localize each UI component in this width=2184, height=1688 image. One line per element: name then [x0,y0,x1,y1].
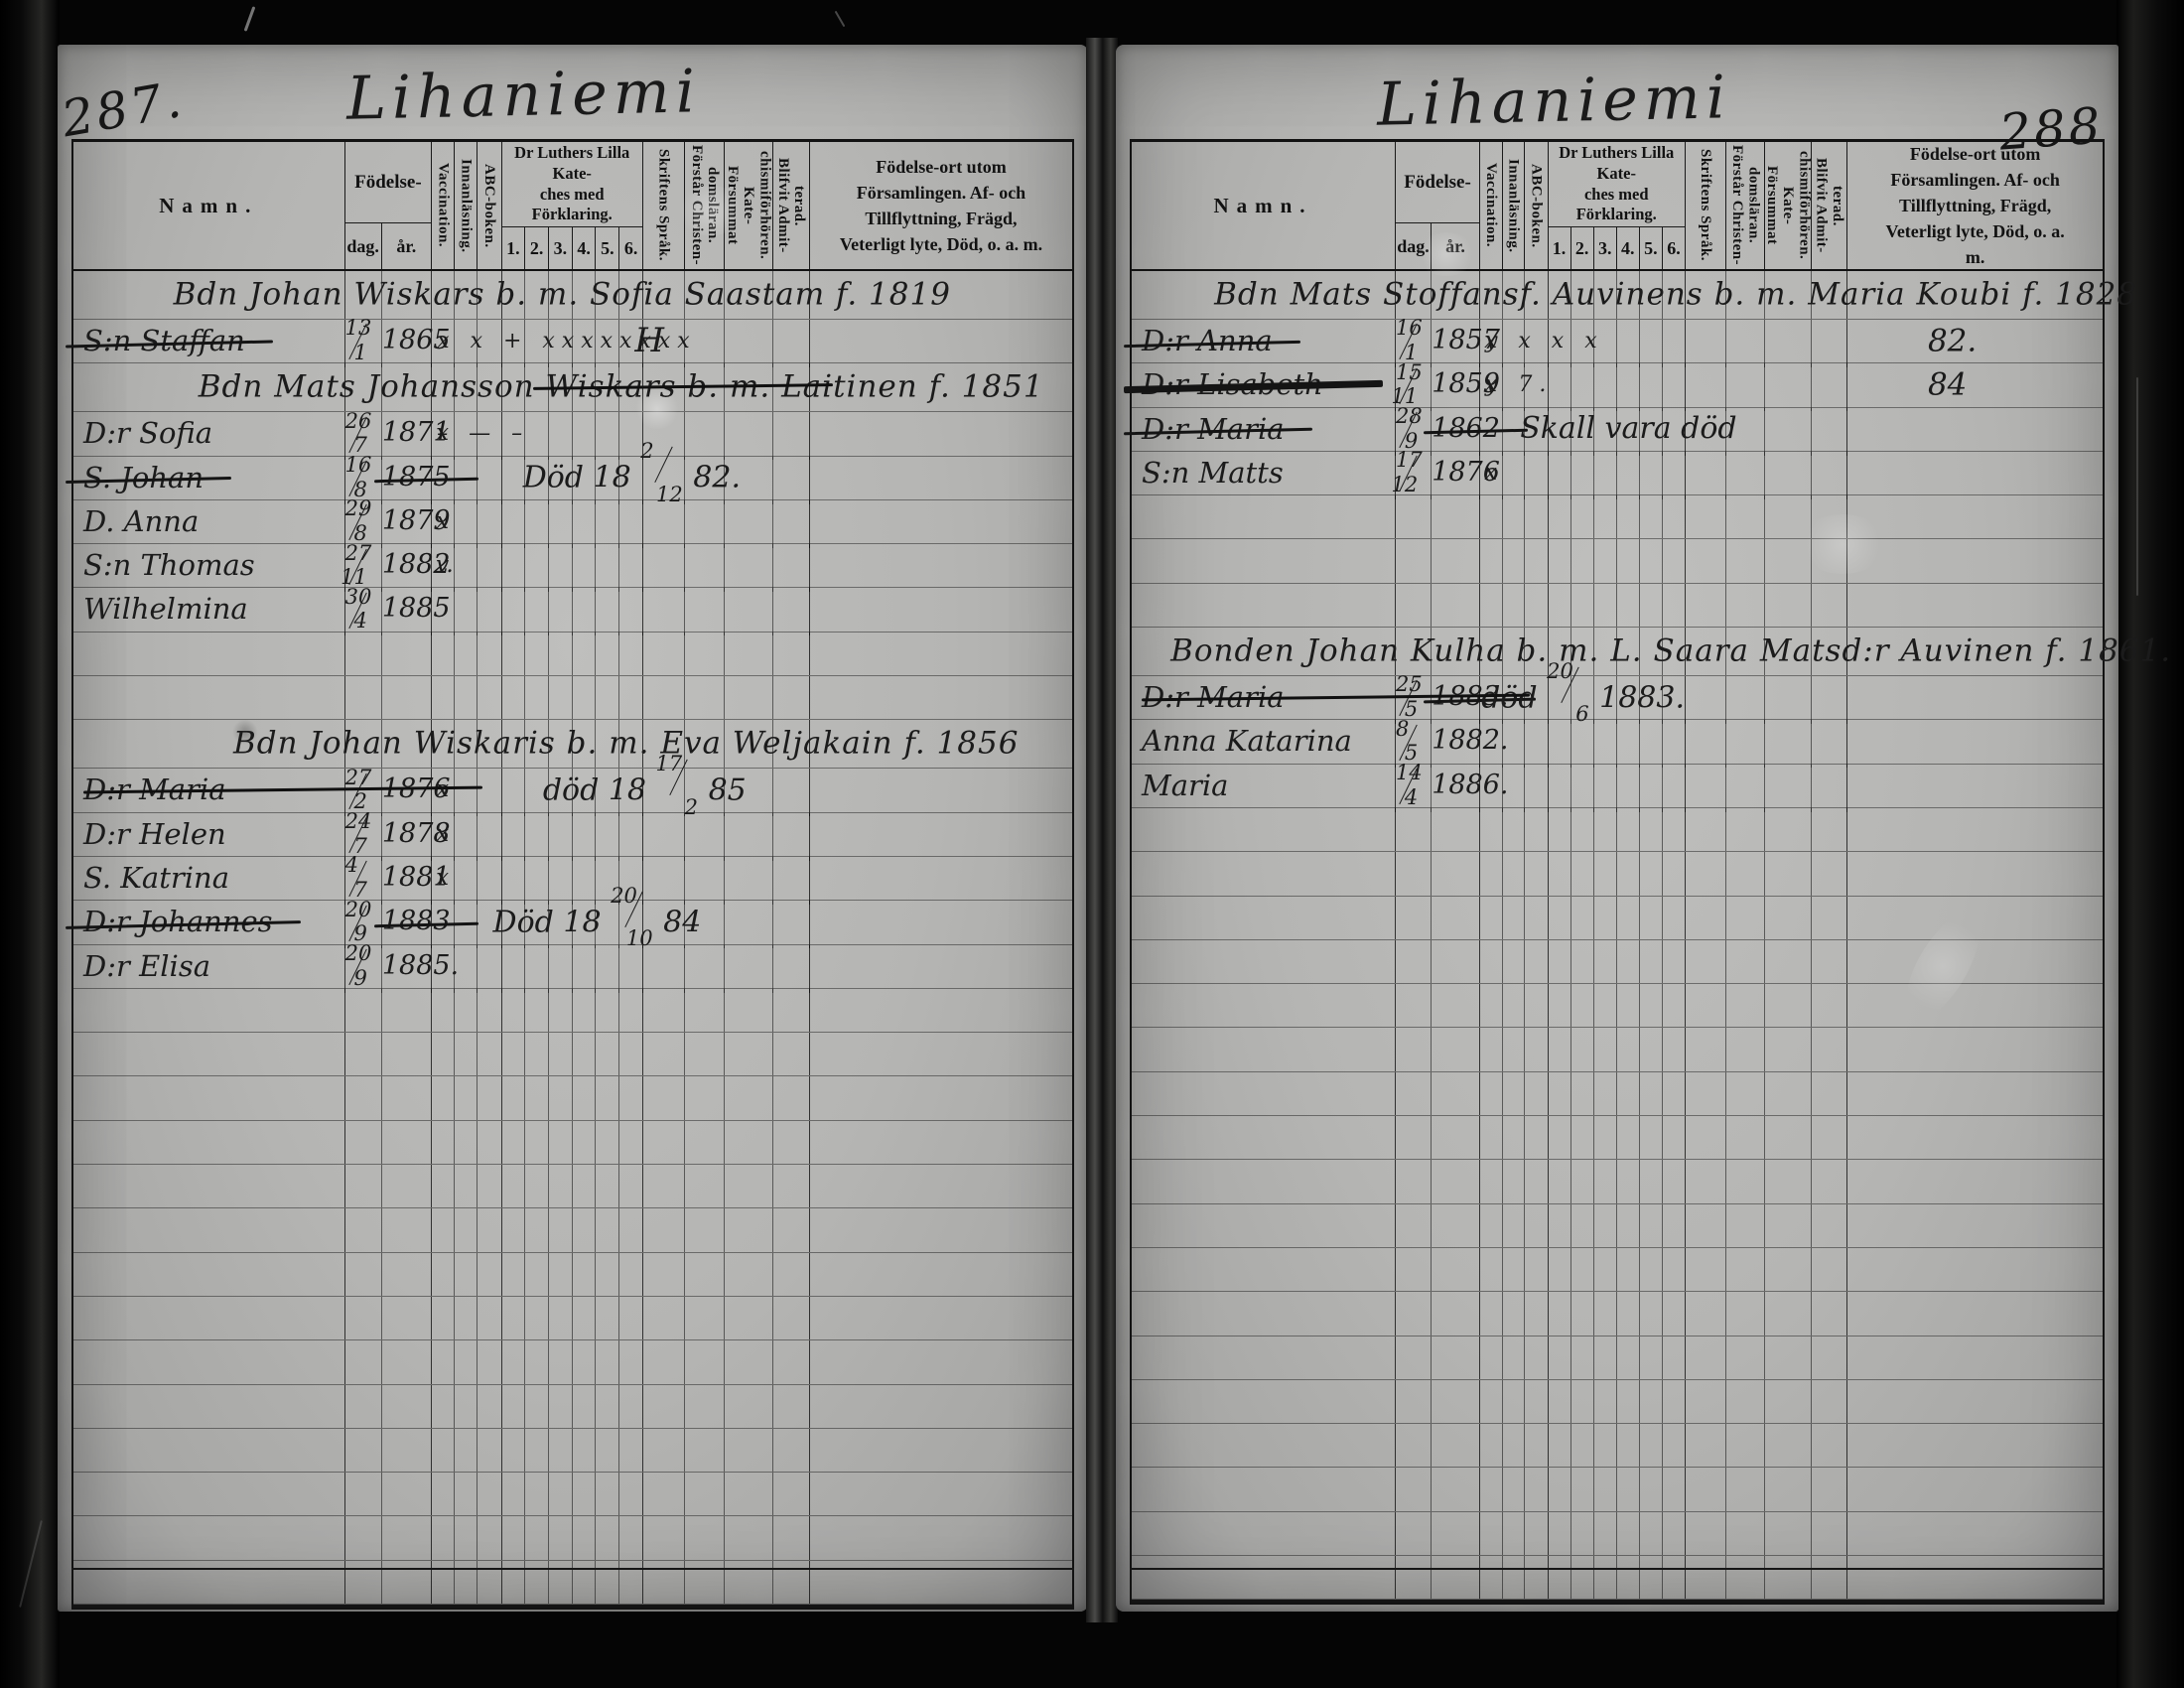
birth-year: 1882 [382,544,451,586]
table-cell [1396,1248,1432,1291]
table-cell [345,1473,382,1515]
table-cell [1396,852,1432,895]
table-cell [1549,940,1571,983]
table-cell [382,1033,432,1075]
table-cell [1686,452,1726,499]
table-cell [725,412,772,460]
empty-row [73,1297,1072,1340]
col-header-forsummat: Försummat Kate- chismiförhören. [725,142,772,269]
table-cell [685,1340,725,1383]
table-cell [1640,1028,1663,1070]
table-cell [773,813,810,861]
table-cell [619,500,643,548]
table-cell [619,1473,643,1515]
date-fraction: 247 [345,827,368,849]
table-cell [73,676,345,719]
table-cell [1726,1424,1765,1467]
birth-day: 209 [345,912,368,930]
table-cell [1571,363,1594,411]
kateches-col-2: 2. [525,227,549,269]
table-cell [432,1340,455,1383]
empty-row [73,1033,1072,1076]
table-cell [773,1429,810,1472]
table-cell [382,1253,432,1296]
table-cell [1525,584,1548,627]
table-cell [643,1165,685,1207]
date-fraction: 168 [345,471,368,492]
table-cell [1132,808,1396,851]
table-cell [596,945,619,993]
table-cell [525,500,549,548]
table-cell [1847,765,2103,812]
table-cell [549,1121,573,1164]
kateches-col-5: 5. [1640,227,1663,269]
catechism-marks: – — – [437,421,529,446]
table-cell [1686,1468,1726,1510]
table-cell [1571,940,1594,983]
table-cell [810,945,1072,993]
table-cell [73,1297,345,1339]
table-cell [1686,1116,1726,1159]
table-cell [810,1473,1072,1515]
col-header-ar: år. [382,223,432,269]
table-cell [643,1429,685,1472]
table-cell [1663,1292,1686,1335]
table-cell [1432,1160,1480,1202]
table-cell [1847,408,2103,456]
table-cell [1847,1116,2103,1159]
table-cell [1525,1292,1548,1335]
table-cell [643,588,685,635]
table-cell [725,1297,772,1339]
table-cell [478,989,501,1032]
table-cell [725,1208,772,1251]
table-cell [1765,1116,1812,1159]
table-cell [1765,852,1812,895]
table-cell [1571,1468,1594,1510]
table-cell [1847,852,2103,895]
table-cell [432,1253,455,1296]
table-cell [525,1165,549,1207]
table-cell [573,633,597,675]
table-cell [619,813,643,861]
table-cell [1571,897,1594,939]
record-table-left: Namn. Födelse- dag. år. Vaccination. Inn… [71,139,1074,1610]
table-cell [1847,1204,2103,1247]
col-header-blifvit: Blifvit Admit- terad. [1812,142,1847,269]
table-cell [773,1516,810,1559]
empty-row [1132,1028,2103,1071]
table-cell [1132,984,1396,1027]
table-cell [1132,1116,1396,1159]
table-cell [643,1340,685,1383]
table-cell [345,1253,382,1296]
table-cell [1663,1116,1686,1159]
table-cell [1765,765,1812,812]
table-cell [1594,452,1617,499]
table-cell [1686,1556,1726,1599]
table-cell [725,1253,772,1296]
table-cell [1594,1292,1617,1335]
table-cell [1617,940,1640,983]
table-cell [455,588,478,635]
table-cell [573,676,597,719]
table-cell [1594,1160,1617,1202]
empty-row [1132,1468,2103,1511]
table-cell [1726,1116,1765,1159]
table-cell [685,500,725,548]
birth-year: 1883 [382,901,451,942]
empty-row [73,1165,1072,1208]
table-cell [382,1208,432,1251]
table-cell [773,1165,810,1207]
record-row: S. Katrina471881x [73,857,1072,901]
birth-day: 85 [1396,731,1419,750]
date-fraction: 255 [1396,690,1419,712]
table-cell [573,813,597,861]
table-cell [382,1385,432,1428]
table-cell: 1885. [382,945,432,993]
table-cell [73,1121,345,1164]
col-header-abc-boken: ABC-boken. [478,142,501,269]
table-cell [525,989,549,1032]
table-cell [1847,808,2103,851]
empty-row [73,1385,1072,1429]
table-cell [1132,852,1396,895]
table-cell [549,1429,573,1472]
table-cell [1525,897,1548,939]
table-cell [1549,1556,1571,1599]
table-cell [1726,1028,1765,1070]
table-cell [1640,720,1663,768]
table-cell [773,857,810,905]
table-cell [73,1076,345,1119]
record-row: Maria1441886. [1132,765,2103,808]
table-cell [1432,1292,1480,1335]
table-cell [1847,676,2103,724]
empty-row [73,1516,1072,1560]
table-cell [1765,584,1812,627]
table-cell [1132,940,1396,983]
table-cell [1549,1160,1571,1202]
table-cell [1726,539,1765,582]
table-cell [1396,1380,1432,1423]
empty-row [1132,495,2103,539]
table-cell [685,1121,725,1164]
table-cell [345,1297,382,1339]
table-cell [1812,1380,1847,1423]
table-cell: 1885 [382,588,432,635]
table-cell [1812,320,1847,367]
table-cell [1571,452,1594,499]
table-cell [1396,1028,1432,1070]
col-header-namn: Namn. [73,142,345,269]
table-cell [478,457,501,504]
table-cell [549,676,573,719]
table-cell [1503,940,1525,983]
table-cell [1726,495,1765,538]
table-cell [725,588,772,635]
table-cell [1640,765,1663,812]
table-cell [1432,984,1480,1027]
table-cell [1617,1424,1640,1467]
table-cell [549,544,573,592]
table-cell [1525,1116,1548,1159]
table-cell [1480,584,1502,627]
table-cell [810,989,1072,1032]
table-cell [345,1340,382,1383]
table-cell [455,1253,478,1296]
birth-day: 47 [345,868,368,887]
table-cell [573,1340,597,1383]
table-cell [1432,1072,1480,1115]
table-cell [1617,1512,1640,1555]
table-cell [525,1076,549,1119]
table-cell [1432,495,1480,538]
table-cell [725,1516,772,1559]
table-cell [502,1076,526,1119]
empty-row [73,989,1072,1033]
kateches-col-6: 6. [1663,227,1685,269]
table-cell [1812,720,1847,768]
table-cell [1549,1116,1571,1159]
table-cell [1847,1380,2103,1423]
empty-row [73,1429,1072,1473]
table-cell [1594,720,1617,768]
table-cell: D:r Sofia [73,412,345,460]
empty-row [1132,897,2103,940]
table-cell: S. Katrina [73,857,345,905]
table-cell [1571,1072,1594,1115]
birth-day: 1511 [1396,374,1419,393]
table-cell [1432,1512,1480,1555]
table-cell [1765,1512,1812,1555]
table-cell [725,857,772,905]
table-cell [1663,1336,1686,1379]
table-cell [773,544,810,592]
table-cell [1432,1424,1480,1467]
table-cell [1480,495,1502,538]
table-cell [1686,984,1726,1027]
table-cell [1480,1248,1502,1291]
record-row: D:r Johannes2091883Död 18 2010 84 [73,901,1072,944]
table-cell [725,1165,772,1207]
table-cell [643,676,685,719]
table-cell: D:r Anna [1132,320,1396,367]
table-cell [1503,495,1525,538]
table-cell [502,1473,526,1515]
table-cell [685,1385,725,1428]
table-cell [1765,720,1812,768]
table-cell [1765,1424,1812,1467]
date-fraction: 289 [1396,422,1419,444]
table-cell [643,1253,685,1296]
record-row: S:n Thomas27111882v. [73,544,1072,588]
handwritten-note: död 206 1883. [1481,677,1685,718]
table-cell [725,1385,772,1428]
kateches-col-6: 6. [619,227,642,269]
page-number-left: 287. [58,70,189,149]
table-cell [685,1208,725,1251]
table-cell [345,989,382,1032]
table-cell [382,1429,432,1472]
table-cell [810,1340,1072,1383]
table-cell [73,633,345,675]
table-cell [549,1253,573,1296]
table-cell [573,1253,597,1296]
table-cell [685,412,725,460]
table-cell [1726,676,1765,724]
table-cell [455,1208,478,1251]
table-cell [1432,1116,1480,1159]
table-cell [1617,495,1640,538]
table-cell [1847,363,2103,411]
table-cell [1132,1468,1396,1510]
handwritten-name: D:r Helen [73,813,226,855]
table-cell [1765,363,1812,411]
date-fraction: 209 [345,915,368,937]
table-cell [1594,495,1617,538]
table-cell [685,857,725,905]
table-cell [619,544,643,592]
margin-note: 84 [1928,366,1967,402]
table-cell [725,945,772,993]
table-cell [1571,1380,1594,1423]
table-cell [1594,1072,1617,1115]
table-cell [502,633,526,675]
table-cell [619,1208,643,1251]
table-cell [1549,1468,1571,1510]
table-cell [596,1253,619,1296]
table-cell [549,945,573,993]
table-cell [1571,584,1594,627]
table-cell [1640,1512,1663,1555]
table-cell [1503,1028,1525,1070]
table-cell [1640,539,1663,582]
record-row: D:r Sofia2671871x– — – [73,412,1072,456]
table-cell [596,500,619,548]
birth-day: 131 [345,331,368,350]
table-cell [1617,1116,1640,1159]
handwritten-note: död 18 172 85 [543,770,747,810]
table-cell [773,901,810,948]
table-cell [1765,1204,1812,1247]
table-cell [432,1033,455,1075]
table-cell [502,588,526,635]
handwritten-name: S:n Matts [1132,452,1284,493]
table-cell [643,1473,685,1515]
table-cell [549,500,573,548]
table-cell [432,1429,455,1472]
table-cell [1640,452,1663,499]
table-cell [1617,539,1640,582]
record-row: D:r Helen2471878x [73,813,1072,857]
record-table-right: Namn. Födelse- dag. år. Vaccination. Inn… [1130,139,2105,1605]
table-cell [1765,984,1812,1027]
table-cell [573,544,597,592]
date-fraction: 161 [1396,334,1419,355]
table-cell [478,1253,501,1296]
table-cell [1686,495,1726,538]
table-cell [596,1121,619,1164]
table-cell [1812,452,1847,499]
col-header-fodelseort: Födelse-ort utom Församlingen. Af- och T… [810,142,1072,269]
table-cell [382,1121,432,1164]
table-cell [1432,1556,1480,1599]
handwritten-name: D:r Sofia [73,412,212,454]
table-cell [725,544,772,592]
table-cell [1640,1072,1663,1115]
table-cell [455,1340,478,1383]
table-cell [1525,539,1548,582]
table-cell [1726,1248,1765,1291]
table-cell [1765,1072,1812,1115]
table-cell [725,1473,772,1515]
table-cell [345,1208,382,1251]
scanned-book-spread: 287. Lihaniemi Namn. Födelse- dag. år. V… [0,0,2184,1688]
table-cell [1480,1380,1502,1423]
table-cell [478,588,501,635]
table-cell [345,1516,382,1559]
table-cell [1525,1248,1548,1291]
table-cell [643,1516,685,1559]
table-cell [773,1473,810,1515]
table-cell [1525,765,1548,812]
table-cell [1663,765,1686,812]
table-cell [455,544,478,592]
table-cell [1640,1556,1663,1599]
table-cell [1571,720,1594,768]
table-cell [478,1033,501,1075]
table-cell [1686,1204,1726,1247]
table-cell [1617,1380,1640,1423]
table-cell: 209 [345,945,382,993]
table-cell [1847,584,2103,627]
table-cell [725,813,772,861]
record-row: D. Anna2981879x [73,500,1072,544]
handwritten-note: Död 18 2010 84 [493,902,702,942]
table-cell [1571,1116,1594,1159]
date-fraction: 209 [345,959,368,981]
table-cell [1549,1336,1571,1379]
family-header-row: Bdn Johan Wiskaris b. m. Eva Weljakain f… [73,720,1072,769]
table-cell [1812,1468,1847,1510]
table-cell [643,633,685,675]
date-fraction: 172 [656,770,700,810]
table-cell [1765,1556,1812,1599]
table-cell [1663,495,1686,538]
birth-year: 1879 [382,500,451,542]
table-cell [1571,539,1594,582]
date-fraction: 1712 [1396,466,1419,488]
table-cell [1396,1292,1432,1335]
table-cell [596,1076,619,1119]
date-fraction: 1511 [1396,378,1419,400]
table-cell [1503,1160,1525,1202]
table-cell [1847,897,2103,939]
table-cell [1432,1336,1480,1379]
table-cell [1726,1380,1765,1423]
table-cell [1396,1072,1432,1115]
table-cell [1480,940,1502,983]
table-cell [1549,1512,1571,1555]
table-cell [1525,495,1548,538]
col-header-blifvit: Blifvit Admit- terad. [773,142,810,269]
table-cell [1726,1072,1765,1115]
table-cell [596,1429,619,1472]
empty-row [1132,852,2103,896]
table-cell [1594,808,1617,851]
